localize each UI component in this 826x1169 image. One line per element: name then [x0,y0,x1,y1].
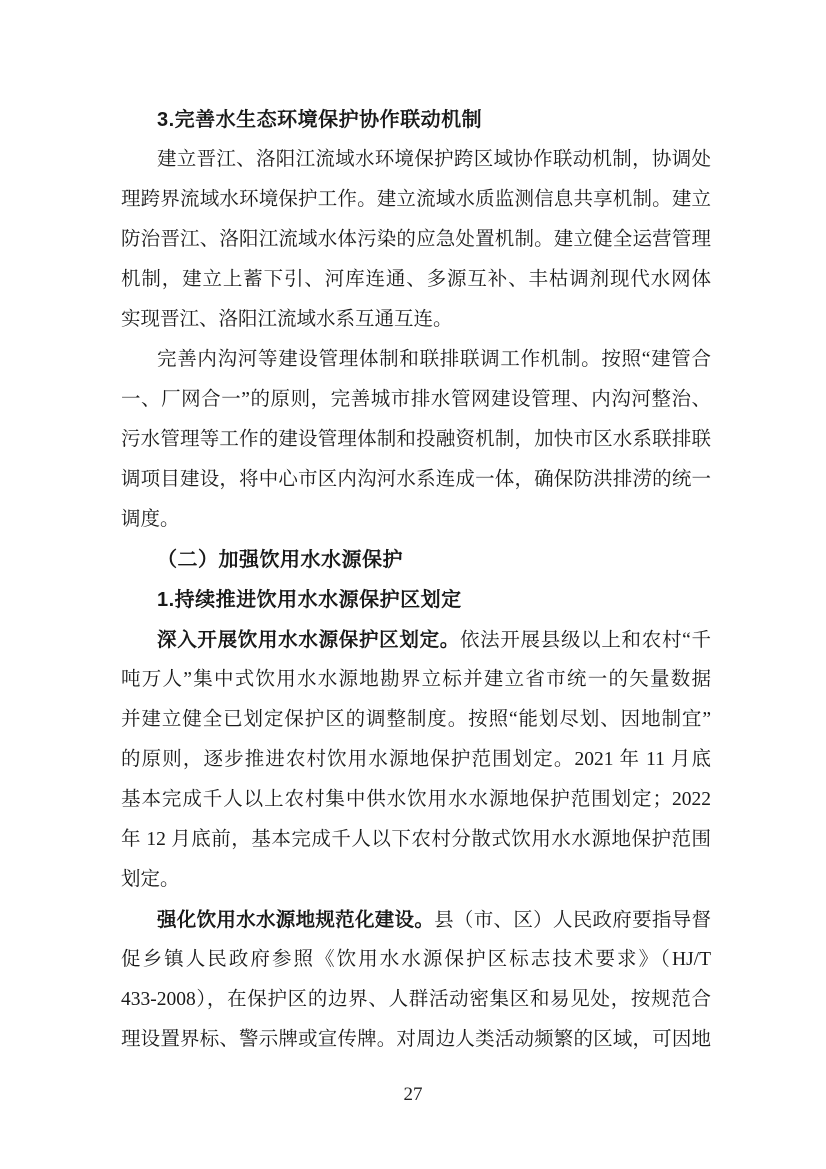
document-page: 3.完善水生态环境保护协作联动机制建立晋江、洛阳江流域水环境保护跨区域协作联动机… [0,0,826,1169]
text-run: 调度。 [121,509,180,530]
text-run: 县（市、区）人民政府要指导督 [434,910,711,931]
paragraph-line: 并建立健全已划定保护区的调整制度。按照“能划尽划、因地制宜” [121,700,711,740]
text-run: 年 12 月底前，基本完成千人以下农村分散式饮用水水源地保护范围 [121,829,711,850]
paragraph-line: 深入开展饮用水水源保护区划定。依法开展县级以上和农村“千 [121,620,711,660]
paragraph-line: 强化饮用水水源地规范化建设。县（市、区）人民政府要指导督 [121,900,711,940]
text-run: 污水管理等工作的建设管理体制和投融资机制，加快市区水系联排联 [121,429,711,450]
document-body: 3.完善水生态环境保护协作联动机制建立晋江、洛阳江流域水环境保护跨区域协作联动机… [121,100,711,1060]
paragraph-line: 划定。 [121,860,711,900]
section-heading: 3.完善水生态环境保护协作联动机制 [121,100,711,140]
paragraph-line: 调项目建设，将中心市区内沟河水系连成一体，确保防洪排涝的统一 [121,460,711,500]
paragraph-line: 433-2008），在保护区的边界、人群活动密集区和易见处，按规范合 [121,980,711,1020]
paragraph-line: 一、厂网合一”的原则，完善城市排水管网建设管理、内沟河整治、 [121,380,711,420]
paragraph-line: 年 12 月底前，基本完成千人以下农村分散式饮用水水源地保护范围 [121,820,711,860]
text-run: 的原则，逐步推进农村饮用水源地保护范围划定。2021 年 11 月底前， [121,749,711,780]
text-run: 完善内沟河等建设管理体制和联排联调工作机制。按照“建管合 [157,349,711,370]
text-run: 实现晋江、洛阳江流域水系互通互连。 [121,309,453,330]
paragraph-line: 建立晋江、洛阳江流域水环境保护跨区域协作联动机制，协调处 [121,140,711,180]
paragraph-line: 机制，建立上蓄下引、河库连通、多源互补、丰枯调剂现代水网体系， [121,260,711,300]
section-heading: （二）加强饮用水水源保护 [121,540,711,580]
text-run: 理设置界标、警示牌或宣传牌。对周边人类活动频繁的区域，可因地 [121,1029,711,1050]
paragraph-line: 吨万人”集中式饮用水水源地勘界立标并建立省市统一的矢量数据库， [121,660,711,700]
bold-text-run: 深入开展饮用水水源保护区划定。 [157,629,460,651]
text-run: 理跨界流域水环境保护工作。建立流域水质监测信息共享机制。建立 [121,189,711,210]
text-run: 调项目建设，将中心市区内沟河水系连成一体，确保防洪排涝的统一 [121,469,711,490]
paragraph-line: 防治晋江、洛阳江流域水体污染的应急处置机制。建立健全运营管理 [121,220,711,260]
text-run: 划定。 [121,869,180,890]
paragraph-line: 调度。 [121,500,711,540]
text-run: 基本完成千人以上农村集中供水饮用水水源地保护范围划定；2022 [121,789,711,810]
text-run: 依法开展县级以上和农村“千 [460,630,711,651]
bold-text-run: 强化饮用水水源地规范化建设。 [157,909,434,931]
paragraph-line: 基本完成千人以上农村集中供水饮用水水源地保护范围划定；2022 [121,780,711,820]
page-number: 27 [0,1083,826,1107]
paragraph-line: 实现晋江、洛阳江流域水系互通互连。 [121,300,711,340]
text-run: 一、厂网合一”的原则，完善城市排水管网建设管理、内沟河整治、 [121,389,711,410]
section-heading: 1.持续推进饮用水水源保护区划定 [121,580,711,620]
text-run: 促乡镇人民政府参照《饮用水水源保护区标志技术要求》（HJ/T [121,949,711,970]
text-run: 并建立健全已划定保护区的调整制度。按照“能划尽划、因地制宜” [121,709,711,730]
paragraph-line: 理跨界流域水环境保护工作。建立流域水质监测信息共享机制。建立 [121,180,711,220]
text-run: 吨万人”集中式饮用水水源地勘界立标并建立省市统一的矢量数据库， [121,669,711,700]
text-run: 机制，建立上蓄下引、河库连通、多源互补、丰枯调剂现代水网体系， [121,269,711,300]
paragraph-line: 的原则，逐步推进农村饮用水源地保护范围划定。2021 年 11 月底前， [121,740,711,780]
paragraph-line: 污水管理等工作的建设管理体制和投融资机制，加快市区水系联排联 [121,420,711,460]
paragraph-line: 完善内沟河等建设管理体制和联排联调工作机制。按照“建管合 [121,340,711,380]
paragraph-line: 促乡镇人民政府参照《饮用水水源保护区标志技术要求》（HJ/T [121,940,711,980]
paragraph-line: 理设置界标、警示牌或宣传牌。对周边人类活动频繁的区域，可因地 [121,1020,711,1060]
text-run: 433-2008），在保护区的边界、人群活动密集区和易见处，按规范合 [121,989,711,1010]
text-run: 防治晋江、洛阳江流域水体污染的应急处置机制。建立健全运营管理 [121,229,711,250]
text-run: 建立晋江、洛阳江流域水环境保护跨区域协作联动机制，协调处 [157,149,711,170]
